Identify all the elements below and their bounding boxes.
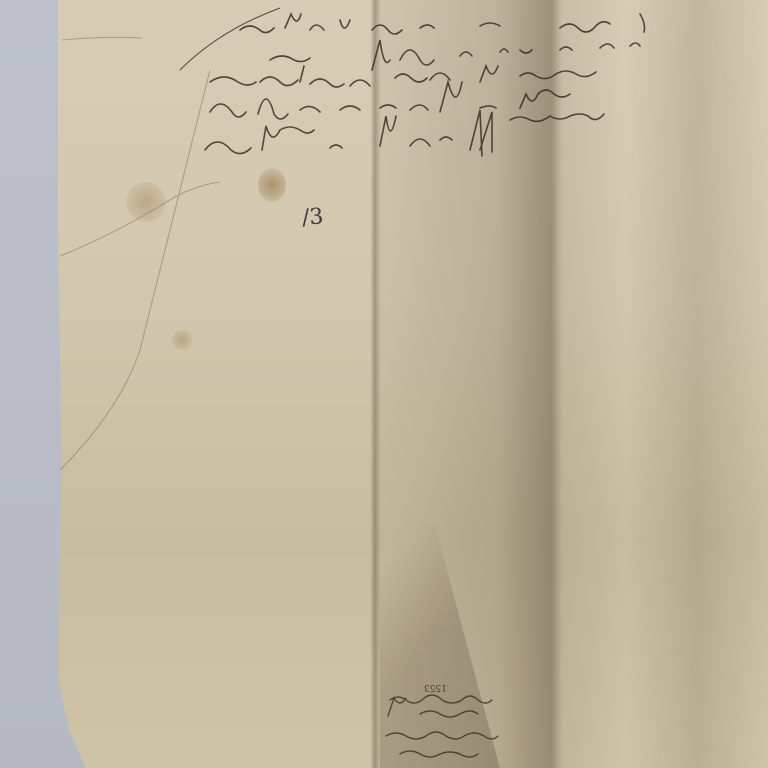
handwriting-ink <box>0 0 768 768</box>
docket-number: 1553 <box>424 682 447 692</box>
folio-number-pencil: /3 <box>301 204 324 230</box>
